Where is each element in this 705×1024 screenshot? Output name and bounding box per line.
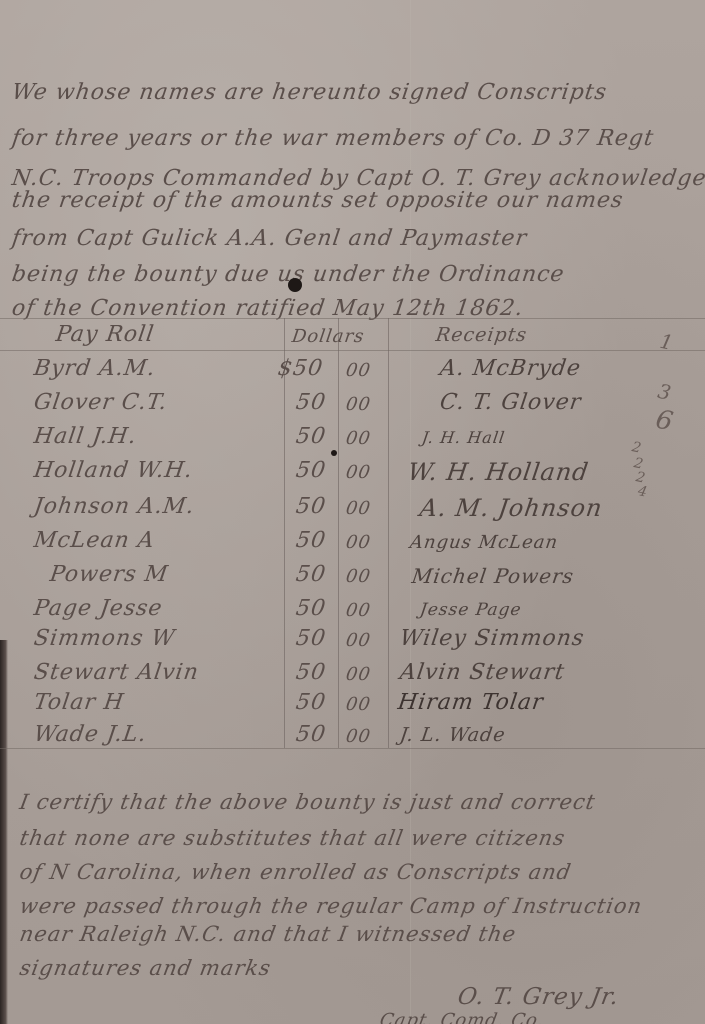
amount-cents: 00	[345, 360, 373, 381]
table-row: McLean A 50 00 Angus McLean	[0, 528, 705, 562]
table-row: Johnson A.M. 50 00 A. M. Johnson	[0, 494, 705, 528]
certification-line-4: were passed through the regular Camp of …	[18, 894, 644, 918]
certification-line-2: that none are substitutes that all were …	[18, 826, 567, 850]
receipt-signature: C. T. Glover	[438, 390, 583, 415]
preamble-line-1: We whose names are hereunto signed Consc…	[10, 80, 608, 105]
table-row: Powers M 50 00 Michel Powers	[0, 562, 705, 596]
receipt-signature: J. H. Hall	[421, 428, 507, 447]
payee-name: Page Jesse	[32, 596, 164, 621]
amount-cents: 00	[345, 630, 373, 651]
amount-cents: 00	[345, 694, 373, 715]
amount-dollars: 50	[294, 626, 328, 651]
table-row: Page Jesse 50 00 Jesse Page	[0, 596, 705, 630]
amount-cents: 00	[345, 394, 373, 415]
table-rule-top	[0, 318, 705, 319]
amount-dollars: 50	[294, 690, 328, 715]
amount-cents: 00	[345, 428, 373, 449]
receipt-signature: Jesse Page	[419, 600, 523, 620]
amount-dollars: 50	[294, 424, 328, 449]
payee-name: Hall J.H.	[32, 424, 138, 449]
header-receipts: Receipts	[434, 324, 528, 346]
payee-name: Powers M	[48, 562, 170, 587]
amount-dollars: 50	[294, 596, 328, 621]
preamble-line-4: the receipt of the amounts set opposite …	[10, 188, 625, 213]
table-row: Simmons W 50 00 Wiley Simmons	[0, 626, 705, 660]
amount-cents: 00	[345, 726, 373, 747]
table-row: Holland W.H. 50 00 W. H. Holland	[0, 458, 705, 492]
certification-line-3: of N Carolina, when enrolled as Conscrip…	[18, 860, 574, 884]
amount-cents: 00	[345, 498, 373, 519]
pay-roll-table: Pay Roll Dollars Receipts Byrd A.M. $50 …	[0, 318, 705, 758]
amount-dollars: 50	[294, 458, 328, 483]
table-rule-header	[0, 350, 705, 351]
amount-cents: 00	[345, 566, 373, 587]
header-dollars: Dollars	[291, 326, 366, 347]
receipt-signature: J. L. Wade	[398, 724, 507, 746]
receipt-signature: Alvin Stewart	[398, 660, 566, 685]
amount-cents: 00	[345, 664, 373, 685]
amount-dollars: 50	[294, 528, 328, 553]
certification-line-6: signatures and marks	[18, 956, 273, 980]
receipt-signature: Angus McLean	[409, 532, 560, 553]
document-page: We whose names are hereunto signed Consc…	[0, 0, 705, 1024]
header-pay-roll: Pay Roll	[54, 322, 156, 347]
certification-line-5: near Raleigh N.C. and that I witnessed t…	[18, 922, 518, 946]
payee-name: Johnson A.M.	[32, 494, 196, 519]
receipt-signature: Michel Powers	[410, 564, 575, 588]
amount-dollars: 50	[294, 722, 328, 747]
payee-name: McLean A	[32, 528, 156, 553]
payee-name: Stewart Alvin	[32, 660, 200, 685]
ink-blot	[288, 278, 302, 292]
amount-dollars: 50	[294, 562, 328, 587]
payee-name: Simmons W	[32, 626, 177, 651]
amount-cents: 00	[345, 532, 373, 553]
certification-line-1: I certify that the above bounty is just …	[18, 790, 598, 814]
payee-name: Wade J.L.	[32, 722, 148, 747]
payee-name: Glover C.T.	[32, 390, 169, 415]
amount-cents: 00	[345, 600, 373, 621]
table-row: Byrd A.M. $50 00 A. McBryde	[0, 356, 705, 390]
payee-name: Holland W.H.	[32, 458, 194, 483]
table-row: Glover C.T. 50 00 C. T. Glover	[0, 390, 705, 424]
amount-cents: 00	[345, 462, 373, 483]
receipt-signature: W. H. Holland	[406, 458, 591, 486]
officer-signature: O. T. Grey Jr.	[456, 984, 622, 1010]
amount-dollars: 50	[294, 660, 328, 685]
table-row: Hall J.H. 50 00 J. H. Hall	[0, 424, 705, 458]
receipt-signature: A. M. Johnson	[418, 494, 605, 522]
receipt-signature: Wiley Simmons	[398, 626, 586, 651]
payee-name: Byrd A.M.	[32, 356, 157, 381]
preamble-line-2: for three years or the war members of Co…	[10, 126, 655, 151]
receipt-signature: A. McBryde	[438, 356, 582, 381]
preamble-line-5: from Capt Gulick A.A. Genl and Paymaster	[10, 226, 529, 251]
amount-dollars: 50	[294, 494, 328, 519]
amount-dollars: 50	[294, 390, 328, 415]
receipt-signature: Hiram Tolar	[396, 690, 545, 715]
table-row: Wade J.L. 50 00 J. L. Wade	[0, 722, 705, 756]
amount-dollars: $50	[276, 356, 325, 381]
payee-name: Tolar H	[32, 690, 126, 715]
table-row: Stewart Alvin 50 00 Alvin Stewart	[0, 660, 705, 694]
officer-title: Capt. Comd. Co.	[378, 1010, 546, 1024]
table-row: Tolar H 50 00 Hiram Tolar	[0, 690, 705, 724]
